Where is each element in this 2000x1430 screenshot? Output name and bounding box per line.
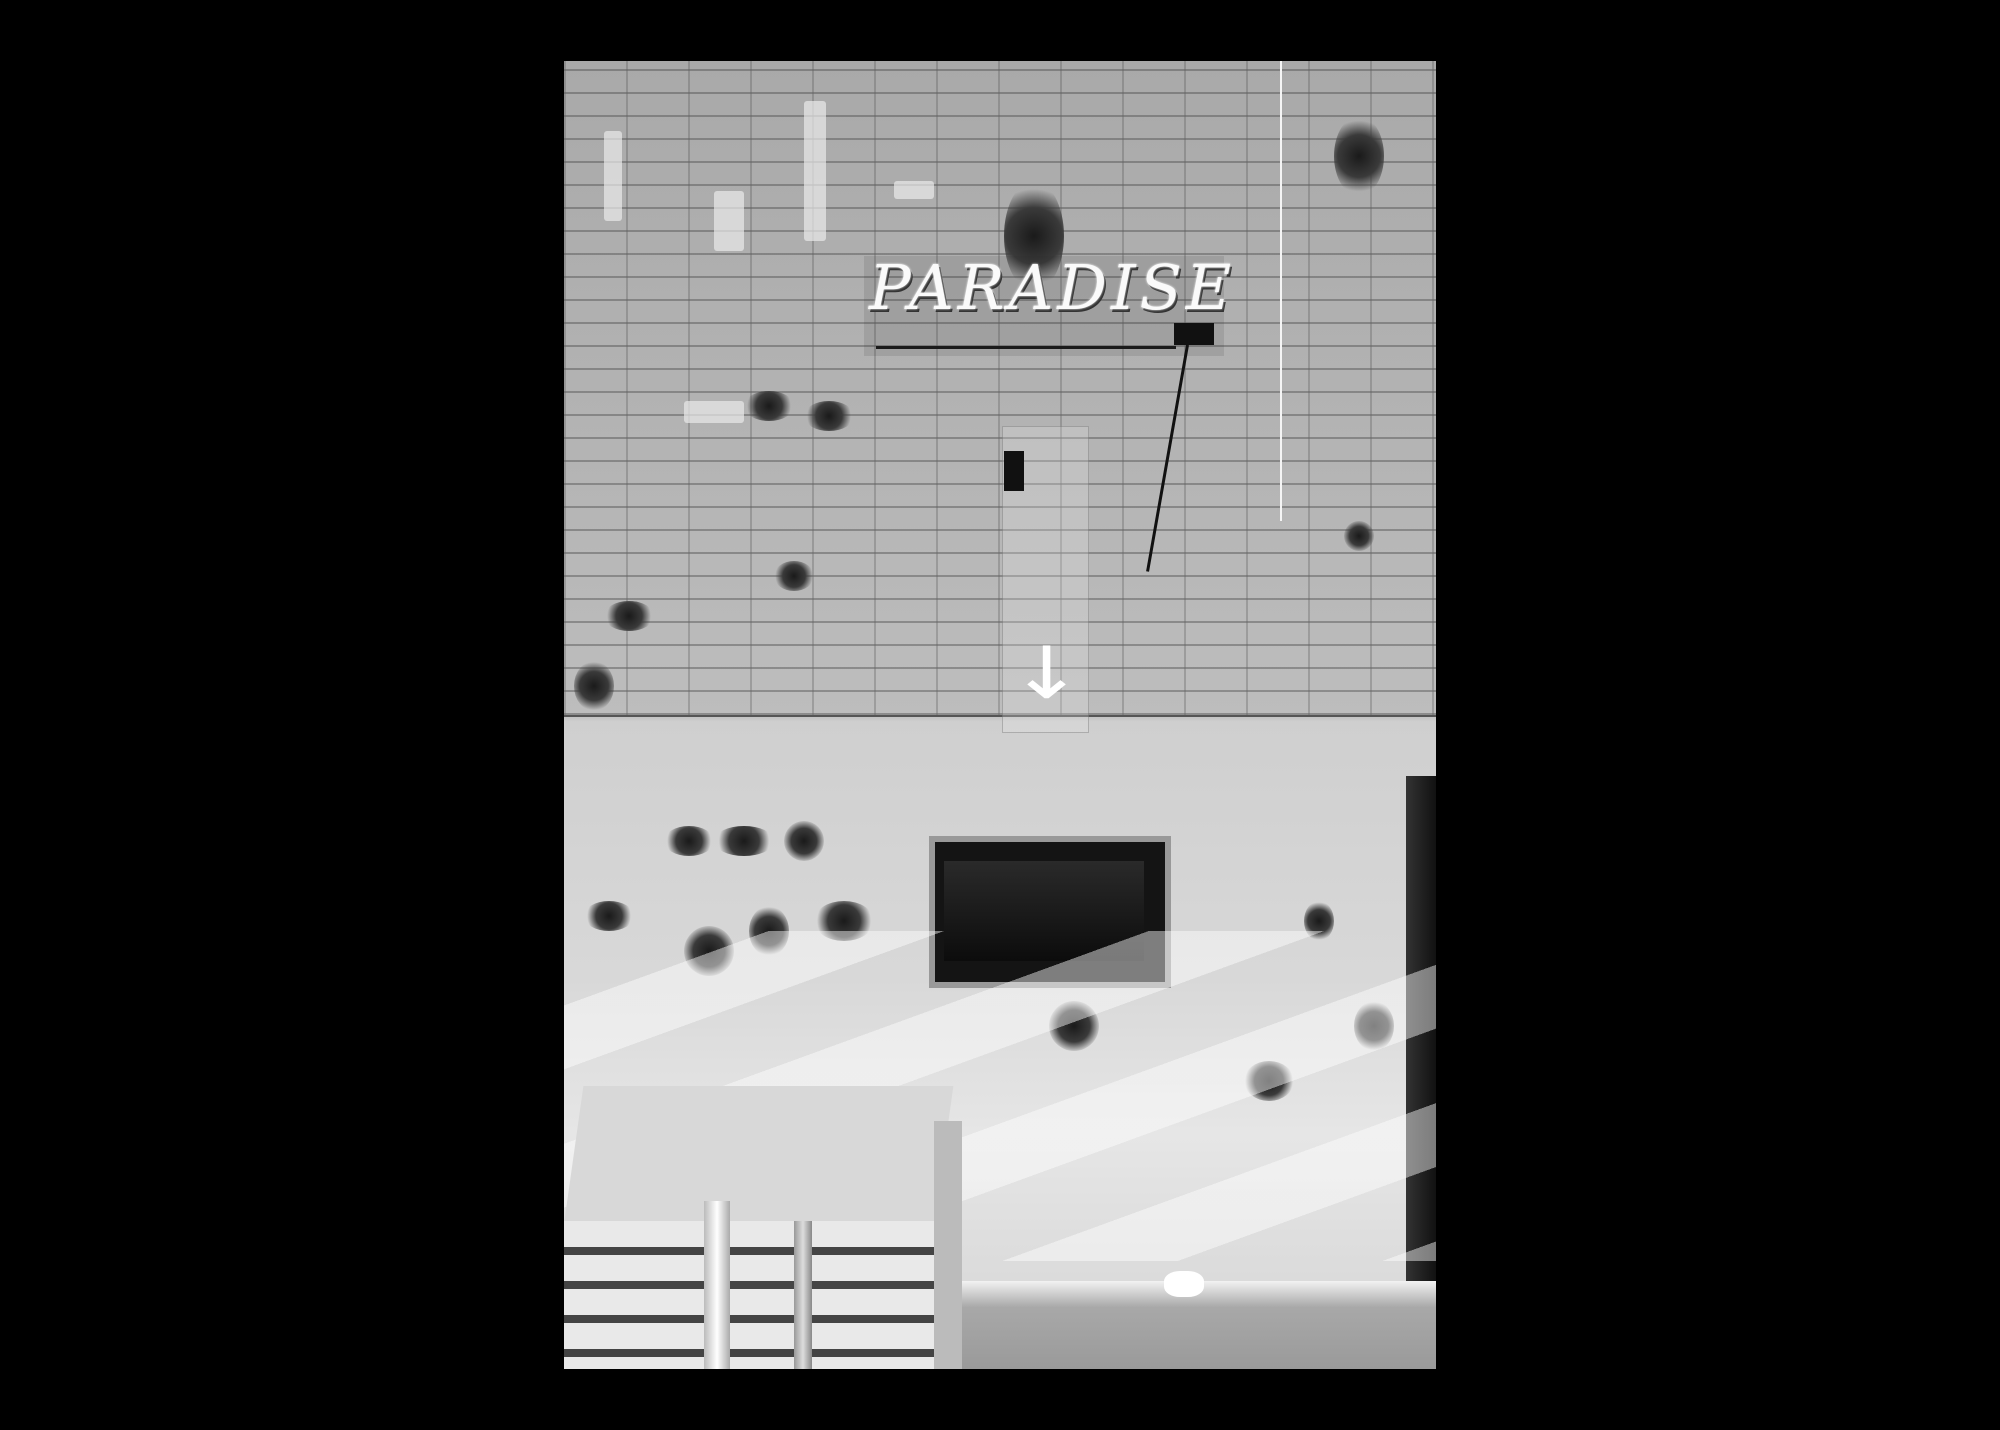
wall-stain <box>574 661 614 711</box>
neon-cable <box>876 346 1176 349</box>
wall-stain <box>804 401 854 431</box>
paint-peel <box>684 401 744 423</box>
wooden-crate <box>564 1221 954 1369</box>
rubble <box>1164 1271 1204 1297</box>
crate-side <box>934 1121 962 1369</box>
paint-peel <box>894 181 934 199</box>
neon-sign: PARADISE <box>869 251 1235 324</box>
wall-divider <box>564 715 1436 717</box>
arrow-transformer <box>1004 451 1024 491</box>
hanging-cord <box>1280 61 1282 521</box>
photograph: PARADISE ↓ <box>564 61 1436 1369</box>
wall-stain <box>584 901 634 931</box>
paint-peel <box>804 101 826 241</box>
wall-stain <box>604 601 654 631</box>
table-leg <box>794 1221 812 1369</box>
plywood-table-top <box>564 1086 953 1224</box>
wall-stain <box>784 821 824 861</box>
wall-stain <box>664 826 714 856</box>
paint-peel <box>604 131 622 221</box>
neon-arrow-icon: ↓ <box>1009 632 1084 716</box>
neon-transformer <box>1174 323 1214 345</box>
paint-peel <box>714 191 744 251</box>
brick-wall <box>564 61 1436 715</box>
pipe <box>704 1201 730 1369</box>
wall-stain <box>744 391 794 421</box>
wall-stain <box>1344 521 1374 551</box>
wall-stain <box>714 826 774 856</box>
wall-stain <box>774 561 814 591</box>
wall-stain <box>1334 116 1384 196</box>
